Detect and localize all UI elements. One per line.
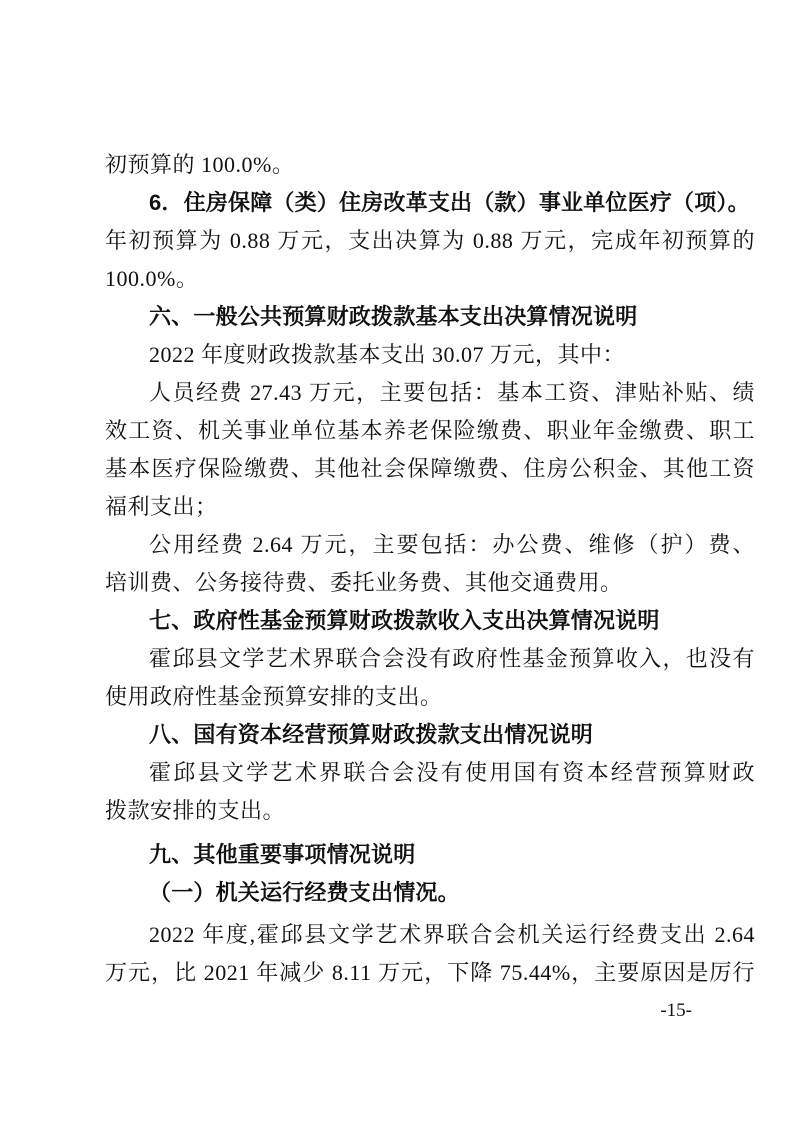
body-line: 基本医疗保险缴费、其他社会保障缴费、住房公积金、其他工资 bbox=[105, 450, 755, 488]
body-line: 2022 年度,霍邱县文学艺术界联合会机关运行经费支出 2.64 bbox=[105, 916, 755, 954]
heading-section-7: 七、政府性基金预算财政拨款收入支出决算情况说明 bbox=[105, 602, 755, 640]
body-line: 效工资、机关事业单位基本养老保险缴费、职业年金缴费、职工 bbox=[105, 412, 755, 450]
heading-section-6: 六、一般公共预算财政拨款基本支出决算情况说明 bbox=[105, 298, 755, 336]
body-line: 年初预算为 0.88 万元，支出决算为 0.88 万元，完成年初预算的 bbox=[105, 222, 755, 260]
body-line: 万元，比 2021 年减少 8.11 万元，下降 75.44%，主要原因是厉行 bbox=[105, 954, 755, 992]
heading-subsection-1: （一）机关运行经费支出情况。 bbox=[105, 874, 755, 912]
heading-section-8: 八、国有资本经营预算财政拨款支出情况说明 bbox=[105, 716, 755, 754]
heading-item-6-housing: 6．住房保障（类）住房改革支出（款）事业单位医疗（项）。 bbox=[105, 184, 755, 222]
body-line: 人员经费 27.43 万元，主要包括：基本工资、津贴补贴、绩 bbox=[105, 374, 755, 412]
body-line: 公用经费 2.64 万元，主要包括：办公费、维修（护）费、 bbox=[105, 526, 755, 564]
body-line: 拨款安排的支出。 bbox=[105, 792, 755, 830]
body-line: 霍邱县文学艺术界联合会没有使用国有资本经营预算财政 bbox=[105, 754, 755, 792]
body-line: 培训费、公务接待费、委托业务费、其他交通费用。 bbox=[105, 564, 755, 602]
body-line: 使用政府性基金预算安排的支出。 bbox=[105, 678, 755, 716]
body-line: 霍邱县文学艺术界联合会没有政府性基金预算收入，也没有 bbox=[105, 640, 755, 678]
body-line-continuation: 初预算的 100.0%。 bbox=[105, 146, 755, 184]
body-line: 100.0%。 bbox=[105, 260, 755, 298]
page-number: -15- bbox=[105, 992, 755, 1030]
heading-section-9: 九、其他重要事项情况说明 bbox=[105, 836, 755, 874]
body-line: 福利支出； bbox=[105, 488, 755, 526]
body-line: 2022 年度财政拨款基本支出 30.07 万元，其中： bbox=[105, 336, 755, 374]
document-page: 初预算的 100.0%。 6．住房保障（类）住房改革支出（款）事业单位医疗（项）… bbox=[0, 0, 793, 1122]
document-body: 初预算的 100.0%。 6．住房保障（类）住房改革支出（款）事业单位医疗（项）… bbox=[105, 146, 755, 1030]
